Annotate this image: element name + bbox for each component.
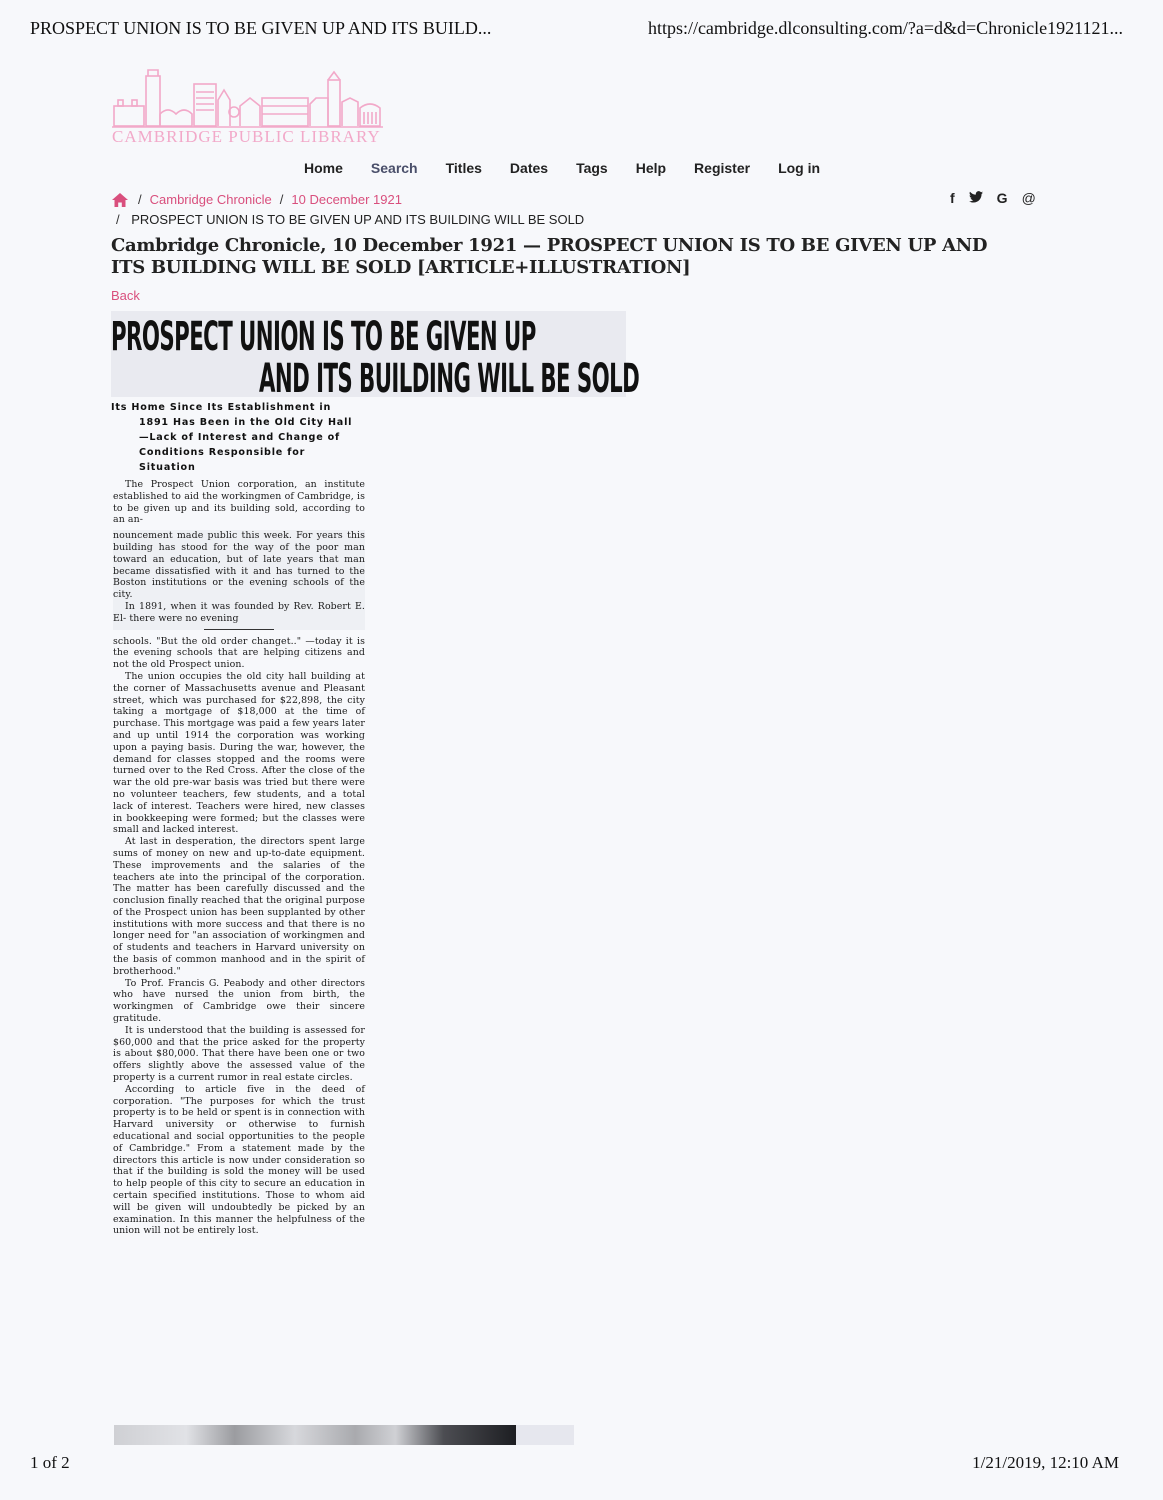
main-nav: Home Search Titles Dates Tags Help Regis… xyxy=(304,160,848,176)
article-body: The Prospect Union corporation, an insti… xyxy=(113,479,365,1237)
breadcrumb-issue-date[interactable]: 10 December 1921 xyxy=(291,190,402,210)
article-paragraph: schools. "But the old order changet.." —… xyxy=(113,636,365,671)
article-illustration xyxy=(114,1425,516,1445)
nav-dates[interactable]: Dates xyxy=(510,160,548,176)
print-page-url: https://cambridge.dlconsulting.com/?a=d&… xyxy=(648,18,1123,39)
subhead-rest: 1891 Has Been in the Old City Hall —Lack… xyxy=(111,415,363,475)
breadcrumb-separator: / xyxy=(280,190,284,210)
article-paragraph: According to article five in the deed of… xyxy=(113,1084,365,1237)
print-header: PROSPECT UNION IS TO BE GIVEN UP AND ITS… xyxy=(30,18,1123,46)
breadcrumb-article: PROSPECT UNION IS TO BE GIVEN UP AND ITS… xyxy=(131,212,584,227)
illustration-margin xyxy=(516,1425,574,1445)
article-paragraph: In 1891, when it was founded by Rev. Rob… xyxy=(113,601,365,625)
email-icon[interactable]: @ xyxy=(1022,190,1036,206)
back-link[interactable]: Back xyxy=(111,288,140,303)
nav-login[interactable]: Log in xyxy=(778,160,820,176)
skyline-icon xyxy=(110,66,385,128)
nav-home[interactable]: Home xyxy=(304,160,343,176)
library-logo[interactable]: CAMBRIDGE PUBLIC LIBRARY xyxy=(110,66,385,146)
breadcrumb-publication[interactable]: Cambridge Chronicle xyxy=(150,190,272,210)
home-icon[interactable] xyxy=(112,193,128,207)
article-block: nouncement made public this week. For ye… xyxy=(113,530,365,629)
article-paragraph: nouncement made public this week. For ye… xyxy=(113,530,365,601)
share-links: f G @ xyxy=(950,190,1036,206)
breadcrumb-separator: / xyxy=(138,190,142,210)
breadcrumb-separator: / xyxy=(116,212,120,227)
article-subhead: Its Home Since Its Establishment in 1891… xyxy=(111,400,363,475)
page-count: 1 of 2 xyxy=(30,1453,70,1473)
article-paragraph: The Prospect Union corporation, an insti… xyxy=(113,479,365,526)
document-title: Cambridge Chronicle, 10 December 1921 — … xyxy=(111,235,1011,279)
article-paragraph: The union occupies the old city hall bui… xyxy=(113,671,365,836)
article-headline-line1: PROSPECT UNION IS TO BE GIVEN UP xyxy=(111,313,536,359)
facebook-icon[interactable]: f xyxy=(950,190,955,206)
google-icon[interactable]: G xyxy=(997,190,1008,206)
column-rule xyxy=(204,629,274,630)
nav-titles[interactable]: Titles xyxy=(446,160,482,176)
nav-help[interactable]: Help xyxy=(636,160,666,176)
breadcrumb: / Cambridge Chronicle / 10 December 1921… xyxy=(112,190,584,230)
article-headline-line2: AND ITS BUILDING WILL BE SOLD xyxy=(259,355,639,401)
twitter-icon[interactable] xyxy=(969,190,983,206)
article-paragraph: It is understood that the building is as… xyxy=(113,1025,365,1084)
nav-register[interactable]: Register xyxy=(694,160,750,176)
library-name: CAMBRIDGE PUBLIC LIBRARY xyxy=(112,127,381,147)
article-paragraph: At last in desperation, the directors sp… xyxy=(113,836,365,978)
nav-tags[interactable]: Tags xyxy=(576,160,608,176)
subhead-first-line: Its Home Since Its Establishment in xyxy=(111,402,331,413)
nav-search[interactable]: Search xyxy=(371,160,418,176)
article-paragraph: To Prof. Francis G. Peabody and other di… xyxy=(113,978,365,1025)
print-page-title: PROSPECT UNION IS TO BE GIVEN UP AND ITS… xyxy=(30,18,491,39)
print-datetime: 1/21/2019, 12:10 AM xyxy=(972,1453,1119,1473)
